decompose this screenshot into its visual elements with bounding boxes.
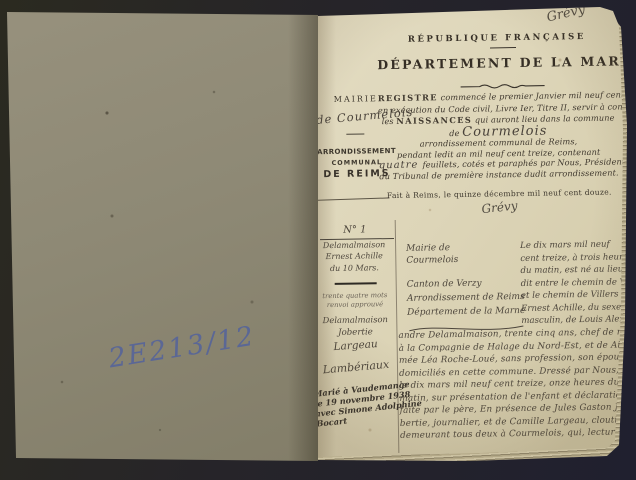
ornament-divider	[459, 74, 545, 94]
archive-cote: 2E213/12	[106, 321, 257, 375]
feuillets-fill-in: quatre	[379, 160, 423, 172]
title-page-content: Grévy RÉPUBLIQUE FRANÇAISE DÉPARTEMENT D…	[306, 0, 636, 480]
place-line-commune: Courmelois	[406, 255, 458, 266]
margin-signature-3: Largeau	[315, 337, 396, 354]
title-page: Grévy RÉPUBLIQUE FRANÇAISE DÉPARTEMENT D…	[310, 0, 636, 480]
commune-stamp-script: de Courmelois	[316, 106, 397, 127]
registre-line-4-pre: de	[449, 128, 462, 138]
scanned-register-photo: 2E213/12 Grévy RÉPUBLIQUE FRANÇAISE DÉPA…	[0, 0, 636, 480]
registre-word: REGISTRE	[378, 92, 438, 103]
top-paraph-annotation: Grévy	[545, 2, 586, 25]
registre-line-3-rest: qui auront lieu dans la commune	[472, 113, 615, 125]
act-narrow-line: cent treize, à trois heures	[520, 252, 634, 264]
act-full-line: andre Delamalmaison, trente cinq ans, ch…	[398, 327, 633, 341]
marriage-note-line: Marié à Vaudemange	[313, 375, 443, 398]
act-narrow-line: et le chemin de Villers	[521, 289, 635, 301]
margin-signature-1: Delamalmaison	[315, 314, 395, 325]
margin-signature-4: Lambériaux	[316, 357, 397, 377]
act-narrow-line: Le dix mars mil neuf	[520, 239, 634, 251]
fait-a-reims-line: Fait à Reims, le quinze décembre mil neu…	[379, 187, 619, 200]
book-cover: 2E213/12	[0, 0, 318, 480]
act-narrow-line: dit entre le chemin de Verzy	[521, 277, 635, 289]
communal-label: COMMUNAL	[317, 158, 397, 167]
act-full-line: bertie, journalier, et de Camille Largea…	[400, 415, 635, 429]
commune-fill-in: Courmelois	[462, 124, 547, 140]
act-full-line: matin, sur présentation de l'enfant et d…	[399, 390, 634, 404]
margin-signature-2: Jobertie	[315, 327, 395, 338]
act-narrow-line: du matin, est né au lieu-	[520, 264, 634, 276]
heading-divider	[490, 47, 516, 48]
place-line-arrondissement: Arrondissement de Reims	[407, 292, 525, 304]
departement-heading: DÉPARTEMENT DE LA MARNE	[377, 53, 617, 72]
registre-line-8: du Tribunal de première instance dudit a…	[379, 167, 619, 181]
marriage-note-line: le 19 novembre 1938	[314, 385, 444, 408]
stamp-divider	[346, 133, 364, 134]
marriage-margin-note: Marié à Vaudemange le 19 novembre 1938 a…	[309, 375, 446, 429]
republique-heading: RÉPUBLIQUE FRANÇAISE	[377, 31, 617, 45]
place-flourish	[407, 318, 525, 339]
registre-line-5: arrondissement communal de Reims,	[378, 135, 618, 149]
stamp-rule	[317, 197, 389, 201]
act-narrow-line: masculin, de Louis Alex-	[521, 314, 635, 326]
act-full-line: mée Léa Roche-Loué, sans profession, son…	[399, 352, 634, 366]
act-full-line: faite par le père, En présence de Jules …	[400, 402, 635, 416]
margin-note-1: trente quatre mots	[315, 291, 395, 300]
de-reims-label: DE REIMS	[317, 168, 397, 180]
margin-surname: Delamalmaison	[314, 240, 394, 250]
registre-line-3: les NAISSANCES qui auront lieu dans la c…	[378, 112, 618, 126]
act-full-line: demeurant tous deux à Courmelois, qui, l…	[400, 427, 635, 441]
act-narrow-line: Ernest Achille, du sexe	[521, 302, 635, 314]
registre-line-7: quatre feuillets, cotés et paraphés par …	[379, 156, 619, 171]
registre-line-4: de Courmelois	[378, 122, 618, 141]
act-column-rule	[395, 220, 400, 453]
place-line-departement: Département de la Marne	[407, 306, 525, 318]
registre-line-7-rest: feuillets, cotés et paraphés par Nous, P…	[422, 156, 625, 169]
place-line-canton: Canton de Verzy	[407, 279, 482, 290]
act-full-line: domiciliés en cette commune. Dressé par …	[399, 365, 634, 379]
marriage-note-line: Bocart	[316, 405, 446, 428]
marriage-note-line: avec Simone Adolphine	[315, 395, 445, 418]
act-full-line: le dix mars mil neuf cent treize, onze h…	[399, 377, 634, 391]
act-number-underline	[320, 238, 394, 240]
registre-line-1-rest: commencé le premier Janvier mil neuf cen…	[438, 89, 636, 103]
margin-firstnames: Ernest Achille	[314, 251, 394, 261]
act-full-line: à la Compagnie de Halage du Nord-Est, et…	[399, 340, 634, 354]
margin-note-2: renvoi approuvé	[315, 300, 395, 309]
arrondissement-label: ARRONDISSEMENT	[317, 147, 397, 156]
registre-line-2: en exécution du Code civil, Livre Ier, T…	[378, 101, 618, 115]
margin-correction-rule	[335, 282, 377, 285]
registre-line-3-pre: les	[382, 116, 397, 126]
margin-date: du 10 Mars.	[314, 263, 394, 273]
mairie-label: MAIRIE	[316, 94, 396, 104]
registre-line-1: REGISTRE commencé le premier Janvier mil…	[378, 89, 618, 103]
president-signature: Grévy	[379, 188, 619, 227]
place-line-mairie: Mairie de	[406, 243, 450, 254]
act-number: N° 1	[316, 224, 394, 236]
registre-line-6: pendant ledit an mil neuf cent treize, c…	[379, 146, 619, 160]
naissances-word: NAISSANCES	[396, 115, 472, 126]
